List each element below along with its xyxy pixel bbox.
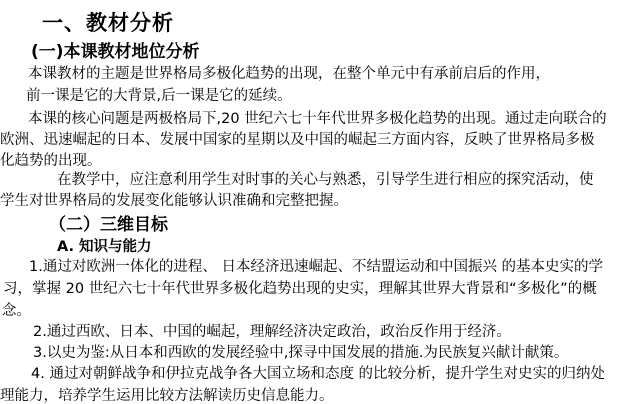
paragraph3-line2: 学生对世界格局的发展变化能够认识准确和完整把握。: [0, 193, 348, 210]
list-item1-line1: 1.通过对欧洲一体化的进程、 日本经济迅速崛起、不结盟运动和中国振兴 的基本史实…: [29, 259, 603, 276]
list-item2-line1: 2.通过西欧、日本、中国的崛起，理解经济决定政治，政治反作用于经济。: [33, 324, 511, 341]
list-item1-line3: 念。: [2, 303, 31, 320]
document-page: 一、教材分析 (一)本课教材地位分析 本课教材的主题是世界格局多极化趋势的出现，…: [0, 0, 635, 404]
list-item1-line2: 习，掌握 20 世纪六七十年代世界多极化趋势出现的史实，理解其世界大背景和“多极…: [3, 281, 597, 298]
main-heading: 一、教材分析: [42, 11, 174, 35]
paragraph1-line1: 本课教材的主题是世界格局多极化趋势的出现，在整个单元中有承前启后的作用，: [28, 66, 550, 83]
section2-heading: （二）三维目标: [49, 216, 168, 236]
list-item3-line1: 3.以史为鉴:从日本和西欧的发展经验中,探寻中国发展的措施.为民族复兴献计献策。: [33, 345, 568, 362]
paragraph3-line1: 在教学中，应注意利用学生对时事的关心与熟悉，引导学生进行相应的探究活动，使: [57, 172, 594, 189]
section1-heading: (一)本课教材地位分析: [31, 43, 200, 63]
paragraph2-line3: 化趋势的出现。: [0, 153, 102, 170]
list-item4-line2: 理能力，培养学生运用比较方法解读历史信息能力。: [0, 388, 334, 404]
paragraph2-line1: 本课的核心问题是两极格局下,20 世纪六七十年代世界多极化趋势的出现。通过走向联…: [28, 111, 607, 128]
paragraph1-line2: 前一课是它的大背景,后一课是它的延续。: [26, 88, 292, 105]
subsection-a-heading: A. 知识与能力: [57, 239, 152, 256]
list-item4-line1: 4. 通过对朝鲜战争和伊拉克战争各大国立场和态度 的比较分析，提升学生对史实的归…: [31, 366, 605, 383]
paragraph2-line2: 欧洲、迅速崛起的日本、发展中国家的星期以及中国的崛起三方面内容，反映了世界格局多…: [0, 132, 595, 149]
